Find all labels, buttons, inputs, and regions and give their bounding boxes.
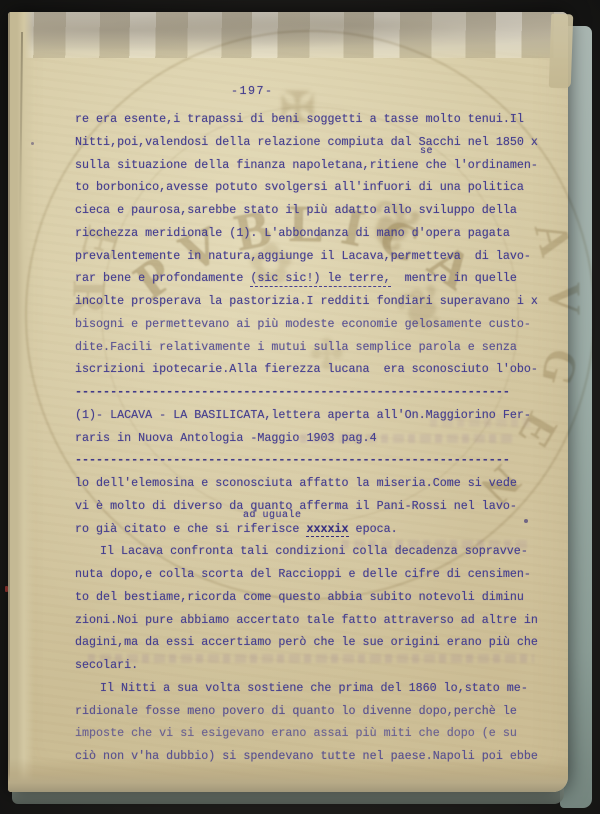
- page-corner-fold: [549, 14, 574, 89]
- page-top-worn-edge: [8, 12, 568, 58]
- typed-line: ro già citato e che si riferisce xxxxix …: [75, 518, 563, 541]
- typed-line: re era esente,i trapassi di beni soggett…: [75, 108, 563, 131]
- typed-line: to del bestiame,ricorda come questo abbi…: [75, 586, 563, 609]
- typed-line: ----------------------------------------…: [75, 381, 563, 404]
- typed-line: cieca e paurosa,sarebbe stato il più ada…: [75, 199, 563, 222]
- typed-line: zioni.Noi pure abbiamo accertato tale fa…: [75, 609, 563, 632]
- typed-text-block: re era esente,i trapassi di beni soggett…: [75, 108, 563, 768]
- typed-line: prevalentemente in natura,aggiunge il La…: [75, 245, 563, 268]
- typed-line: lo dell'elemosina e sconosciuta affatto …: [75, 472, 563, 495]
- scanned-document: PVBLICA AVGEN ER ✠ ❦ ✿ ❦ ✣ -197- re era …: [0, 0, 600, 814]
- typed-line: secolari.: [75, 654, 563, 677]
- typed-line: vi è molto di diverso da quanto afferma …: [75, 495, 563, 518]
- typed-line: to borbonico,avesse potuto svolgersi all…: [75, 176, 563, 199]
- typed-line: imposte che vi si esigevano erano assai …: [75, 722, 563, 745]
- typed-line: ciò non v'ha dubbio) si spendevano tutte…: [75, 745, 563, 768]
- typed-line: sulla situazione della finanza napoletan…: [75, 154, 563, 177]
- typed-line: raris in Nuova Antologia -Maggio 1903 pa…: [75, 427, 563, 450]
- typed-line: Nitti,poi,valendosi della relazione comp…: [75, 131, 563, 154]
- typed-line: Il Lacava confronta tali condizioni coll…: [75, 540, 563, 563]
- typed-line: (1)- LACAVA - LA BASILICATA,lettera aper…: [75, 404, 563, 427]
- ink-speck: [31, 142, 34, 145]
- typed-line: ridionale fosse meno povero di quanto lo…: [75, 700, 563, 723]
- typed-line: rar bene e profondamente (sic sic!) le t…: [75, 267, 563, 290]
- typed-line: dagini,ma da essi accertiamo però che le…: [75, 631, 563, 654]
- page-number: -197-: [231, 84, 274, 98]
- typed-line: ----------------------------------------…: [75, 449, 563, 472]
- red-edge-mark: [5, 586, 8, 592]
- typed-line: dite.Facili relativamente i mutui sulla …: [75, 336, 563, 359]
- typed-line: iscrizioni ipotecarie.Alla fierezza luca…: [75, 358, 563, 381]
- interlinear-correction: se: [420, 147, 433, 157]
- typed-line: bisogni e permettevano ai più modeste ec…: [75, 313, 563, 336]
- typed-line: incolte prosperava la pastorizia.I reddi…: [75, 290, 563, 313]
- interlinear-correction: ad uguale: [243, 511, 302, 521]
- typed-line: Il Nitti a sua volta sostiene che prima …: [75, 677, 563, 700]
- typed-line: ricchezza meridionale (1). L'abbondanza …: [75, 222, 563, 245]
- typed-line: nuta dopo,e colla scorta del Raccioppi e…: [75, 563, 563, 586]
